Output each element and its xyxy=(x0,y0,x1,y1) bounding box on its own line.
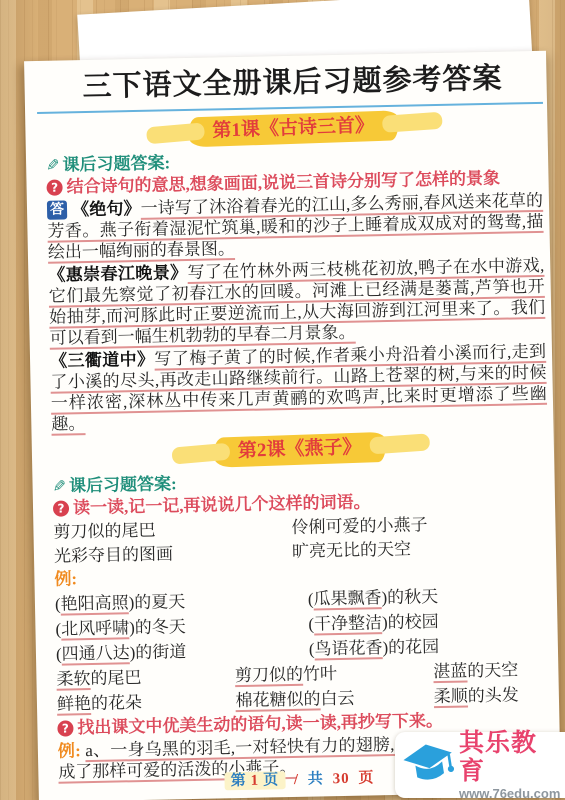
poem-title: 《三衢道中》 xyxy=(50,350,155,371)
total-pages-number: 30 xyxy=(332,771,349,787)
brand-watermark: 其乐教育 www.76edu.com xyxy=(395,732,565,798)
answer-paragraph: 《惠崇春江晚景》写了在竹林外两三枝桃花初放,鸭子在水中游戏,它们最先察觉了初春江… xyxy=(48,255,546,349)
word-item: 柔软的尾巴 xyxy=(56,663,235,692)
graduation-cap-icon xyxy=(403,741,455,789)
lesson2-banner-row: 第2课《燕子》 xyxy=(52,430,549,470)
desk-background: 三下语文全册课后习题参考答案 第1课《古诗三首》 ✎课后习题答案: ?结合诗句的… xyxy=(0,0,565,800)
worksheet-page: 三下语文全册课后习题参考答案 第1课《古诗三首》 ✎课后习题答案: ?结合诗句的… xyxy=(24,51,561,800)
brand-name: 其乐教育 xyxy=(459,730,561,786)
footer-separator: / xyxy=(294,772,299,788)
poem-title: 《惠崇春江晚景》 xyxy=(48,263,188,285)
lesson2-banner: 第2课《燕子》 xyxy=(214,432,386,468)
lesson1-banner: 第1课《古诗三首》 xyxy=(188,110,398,147)
word-item: 湛蓝的天空 xyxy=(433,657,553,684)
page-title: 三下语文全册课后习题参考答案 xyxy=(44,59,541,107)
answer-badge: 答 xyxy=(47,200,67,219)
question-icon: ? xyxy=(57,720,73,736)
answers-label-text: 课后习题答案: xyxy=(69,474,177,495)
example-label: 例: xyxy=(54,569,77,588)
answers-label-text: 课后习题答案: xyxy=(62,153,170,174)
example-label: 例: xyxy=(58,741,81,760)
answer-paragraph: 《三衢道中》写了梅子黄了的时候,作者乘小舟沿着小溪而行,走到了小溪的尽头,再改走… xyxy=(50,341,548,435)
word-item: 柔顺的头发 xyxy=(434,682,554,709)
total-pages-prefix: 共 xyxy=(308,771,324,787)
lesson1-banner-row: 第1课《古诗三首》 xyxy=(45,109,542,149)
poem-title: 《绝句》 xyxy=(72,199,141,219)
page-content: 三下语文全册课后习题参考答案 第1课《古诗三首》 ✎课后习题答案: ?结合诗句的… xyxy=(24,51,561,800)
current-page-highlight: 第1页 xyxy=(224,771,285,790)
brand-website: www.76edu.com xyxy=(459,786,560,800)
brand-texts: 其乐教育 www.76edu.com xyxy=(459,730,561,800)
pencil-icon: ✎ xyxy=(46,155,60,176)
question-icon: ? xyxy=(46,179,62,195)
question-text: 读一读,记一记,再说说几个这样的词语。 xyxy=(73,492,371,517)
pencil-icon: ✎ xyxy=(52,475,66,496)
total-pages-suffix: 页 xyxy=(358,770,374,786)
question-icon: ? xyxy=(53,500,69,516)
word-item: 光彩夺目的图画 xyxy=(54,540,293,569)
word-item: 棉花糖似的白云 xyxy=(235,684,434,713)
word-item: 鲜艳的花朵 xyxy=(57,688,236,717)
answer-paragraph: 答《绝句》一诗写了沐浴着春光的江山,多么秀丽,春风送来花草的芳香。燕子衔着湿泥忙… xyxy=(47,190,544,263)
